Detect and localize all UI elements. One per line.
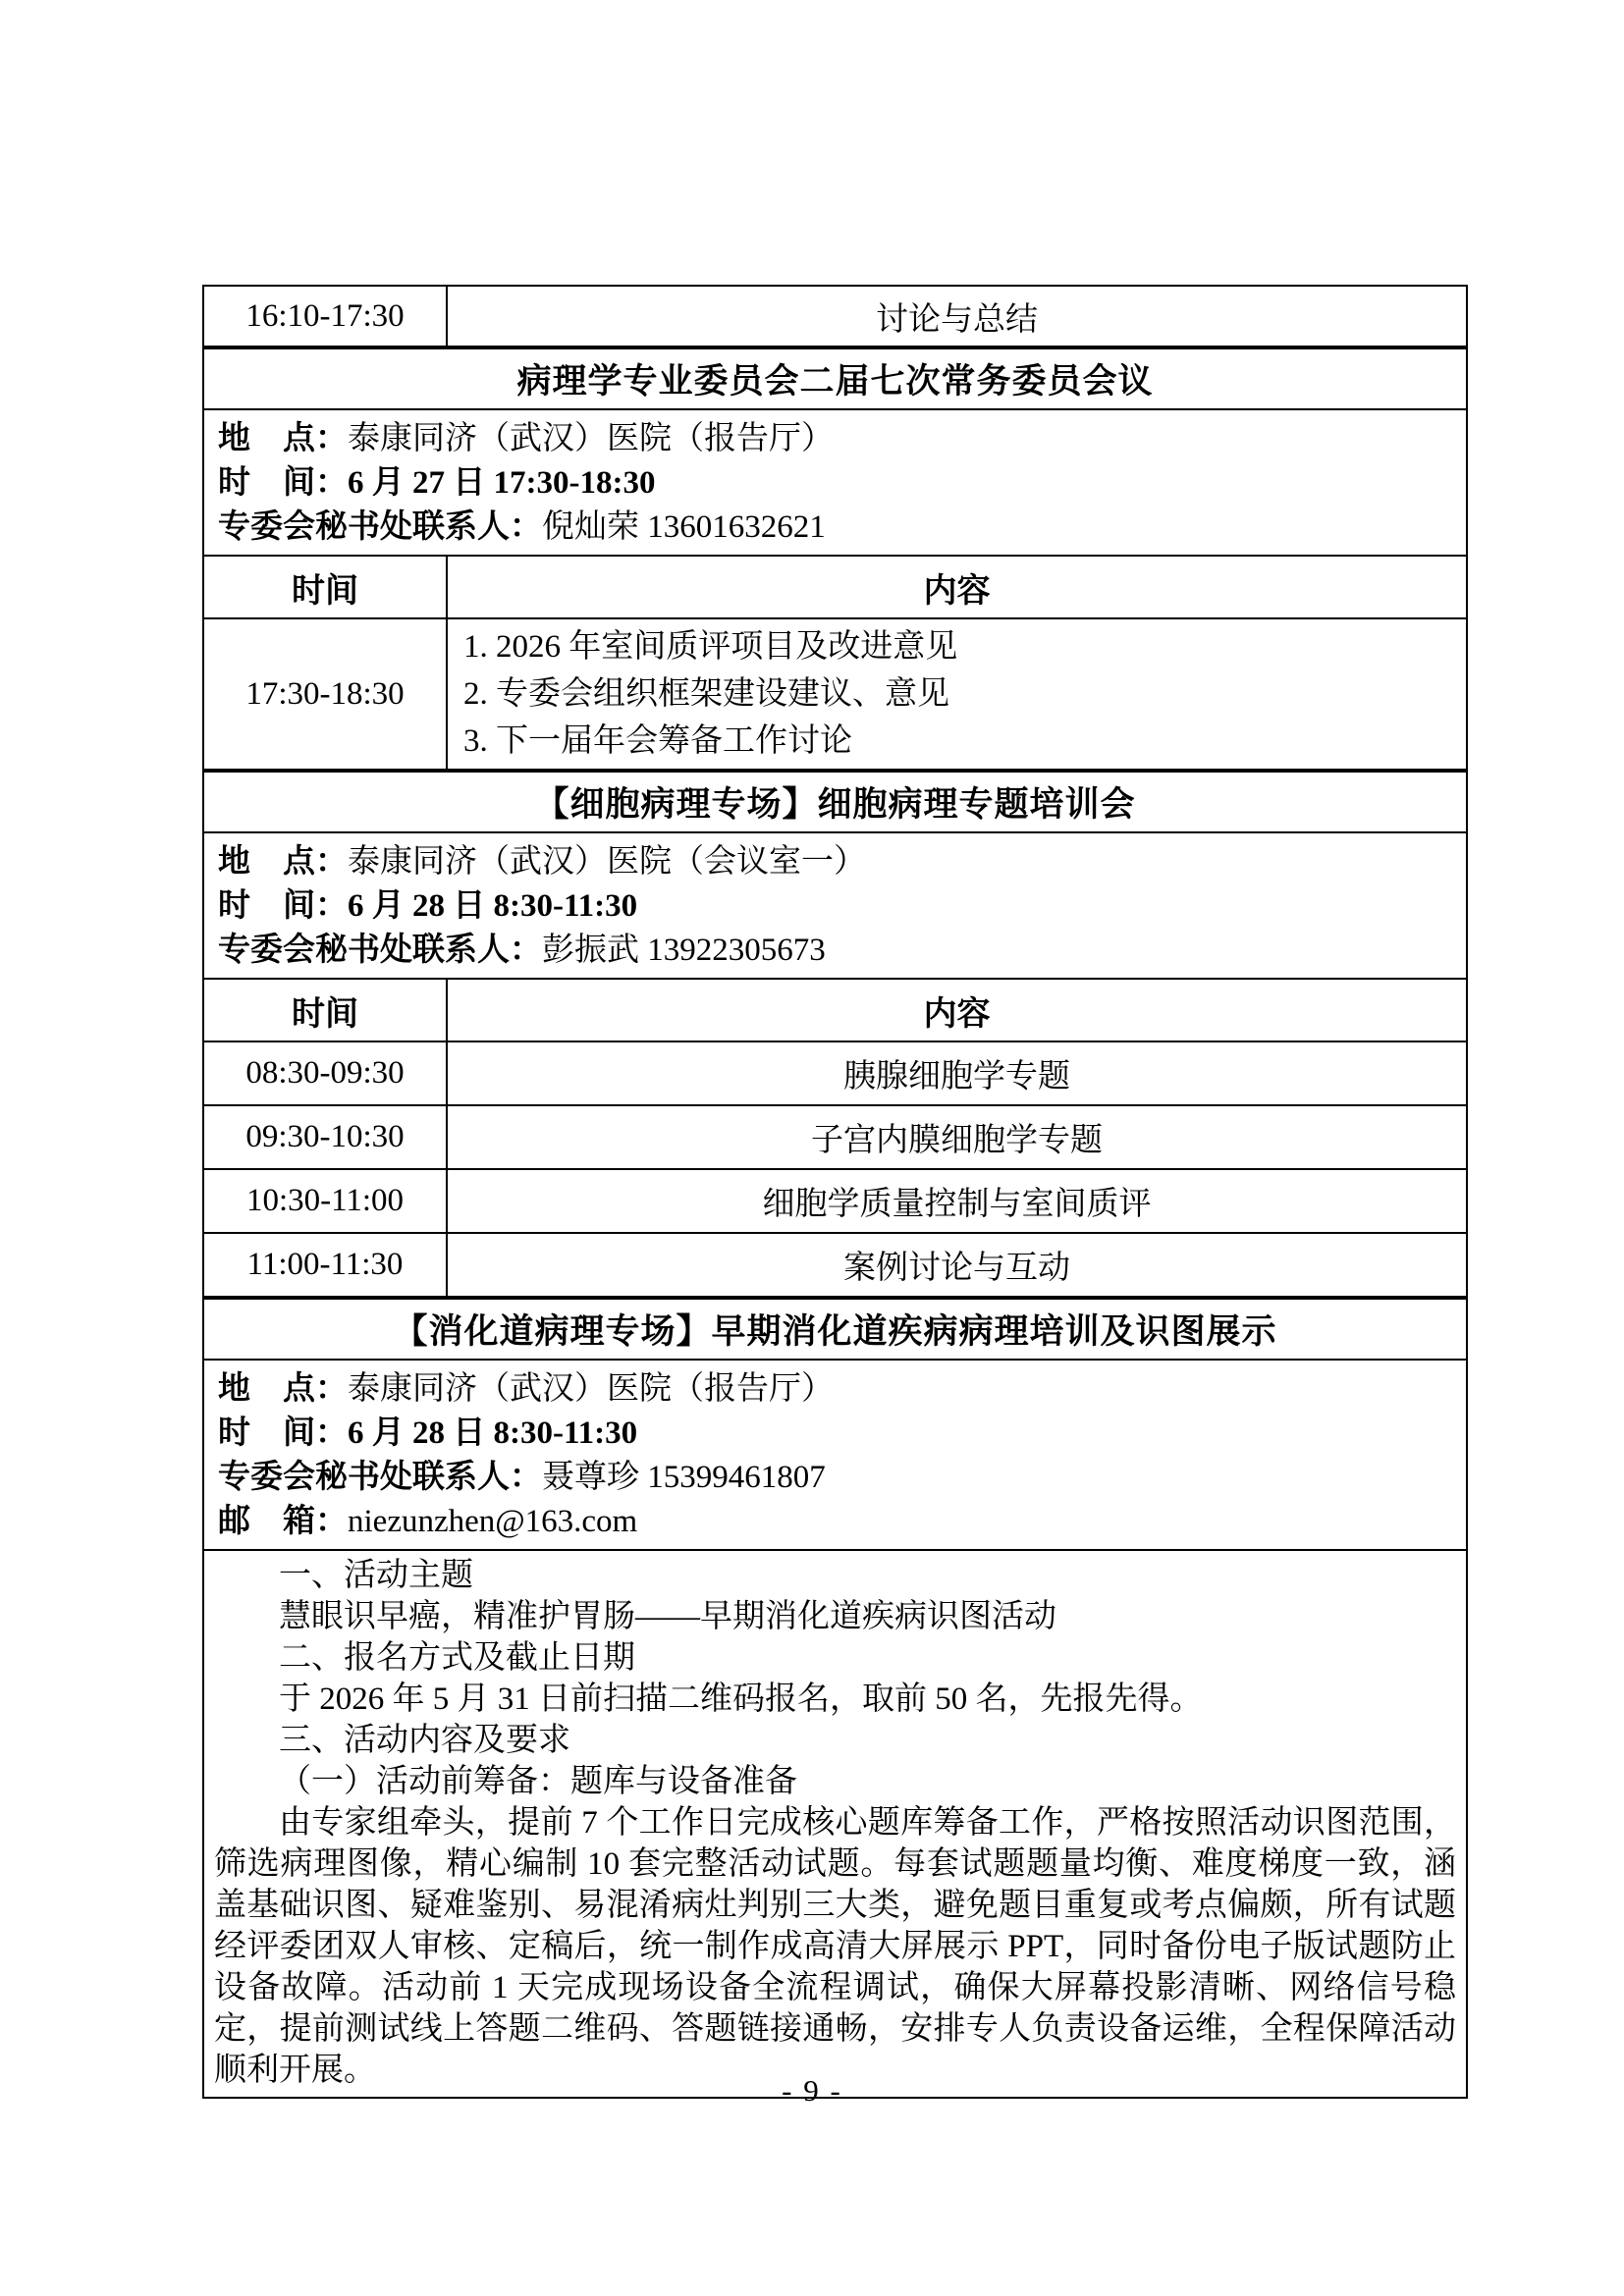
cytology-row-2: 09:30-10:30 子宫内膜细胞学专题 <box>203 1105 1467 1169</box>
time-label: 时 间： <box>218 886 348 923</box>
session-content-cell: 细胞学质量控制与室间质评 <box>447 1169 1467 1233</box>
contact-value: 倪灿荣 13601632621 <box>542 509 826 545</box>
cytology-location-line: 地 点：泰康同济（武汉）医院（会议室一） <box>218 839 1456 883</box>
location-label: 地 点： <box>218 1369 348 1406</box>
agenda-item: 1. 2026 年室间质评项目及改进意见 <box>463 623 1458 670</box>
email-label: 邮 箱： <box>218 1502 348 1538</box>
cytology-time-line: 时 间：6 月 28 日 8:30-11:30 <box>218 883 1456 928</box>
contact-value: 聂尊珍 15399461807 <box>542 1460 826 1495</box>
time-label: 时 间： <box>218 463 348 500</box>
digestive-section-title: 【消化道病理专场】早期消化道疾病病理培训及识图展示 <box>203 1298 1467 1360</box>
carryover-time-cell: 16:10-17:30 <box>203 286 447 347</box>
session-content-cell: 子宫内膜细胞学专题 <box>447 1105 1467 1169</box>
digestive-info-row: 地 点：泰康同济（武汉）医院（报告厅） 时 间：6 月 28 日 8:30-11… <box>203 1360 1467 1550</box>
detail-text: 于 2026 年 5 月 31 日前扫描二维码报名，取前 50 名，先报先得。 <box>214 1679 1456 1720</box>
page-number: - 9 - <box>0 2073 1624 2109</box>
document-page: 16:10-17:30 讨论与总结 病理学专业委员会二届七次常务委员会议 地 点… <box>0 0 1624 2296</box>
time-value: 6 月 28 日 8:30-11:30 <box>348 1415 637 1451</box>
email-value: niezunzhen@163.com <box>348 1504 637 1539</box>
contact-label: 专委会秘书处联系人： <box>218 931 542 967</box>
session-time-cell: 11:00-11:30 <box>203 1233 447 1298</box>
meeting-time-line: 时 间：6 月 27 日 17:30-18:30 <box>218 460 1456 505</box>
contact-value: 彭振武 13922305673 <box>542 933 826 968</box>
carryover-content-cell: 讨论与总结 <box>447 286 1467 347</box>
session-time-cell: 08:30-09:30 <box>203 1041 447 1105</box>
cytology-header-row: 时间 内容 <box>203 979 1467 1041</box>
agenda-time-cell: 17:30-18:30 <box>203 618 447 771</box>
meeting-section-title: 病理学专业委员会二届七次常务委员会议 <box>203 347 1467 409</box>
session-content-cell: 胰腺细胞学专题 <box>447 1041 1467 1105</box>
location-value: 泰康同济（武汉）医院（报告厅） <box>348 421 834 456</box>
cytology-row-4: 11:00-11:30 案例讨论与互动 <box>203 1233 1467 1298</box>
time-value: 6 月 28 日 8:30-11:30 <box>348 888 637 924</box>
schedule-table: 16:10-17:30 讨论与总结 病理学专业委员会二届七次常务委员会议 地 点… <box>202 285 1468 2099</box>
agenda-item: 3. 下一届年会筹备工作讨论 <box>463 718 1458 765</box>
column-header-content: 内容 <box>447 556 1467 618</box>
cytology-contact-line: 专委会秘书处联系人：彭振武 13922305673 <box>218 928 1456 972</box>
meeting-title-row: 病理学专业委员会二届七次常务委员会议 <box>203 347 1467 409</box>
session-time-cell: 09:30-10:30 <box>203 1105 447 1169</box>
cytology-row-1: 08:30-09:30 胰腺细胞学专题 <box>203 1041 1467 1105</box>
meeting-info-row: 地 点：泰康同济（武汉）医院（报告厅） 时 间：6 月 27 日 17:30-1… <box>203 409 1467 556</box>
agenda-items-cell: 1. 2026 年室间质评项目及改进意见 2. 专委会组织框架建设建议、意见 3… <box>447 618 1467 771</box>
location-label: 地 点： <box>218 842 348 879</box>
agenda-item: 2. 专委会组织框架建设建议、意见 <box>463 670 1458 718</box>
meeting-info-cell: 地 点：泰康同济（武汉）医院（报告厅） 时 间：6 月 27 日 17:30-1… <box>203 409 1467 556</box>
session-content-cell: 案例讨论与互动 <box>447 1233 1467 1298</box>
detail-text: 慧眼识早癌，精准护胃肠——早期消化道疾病识图活动 <box>214 1596 1456 1637</box>
meeting-header-row: 时间 内容 <box>203 556 1467 618</box>
time-value: 6 月 27 日 17:30-18:30 <box>348 465 655 501</box>
digestive-time-line: 时 间：6 月 28 日 8:30-11:30 <box>218 1411 1456 1455</box>
digestive-location-line: 地 点：泰康同济（武汉）医院（报告厅） <box>218 1366 1456 1411</box>
cytology-info-row: 地 点：泰康同济（武汉）医院（会议室一） 时 间：6 月 28 日 8:30-1… <box>203 832 1467 979</box>
digestive-details-cell: 一、活动主题 慧眼识早癌，精准护胃肠——早期消化道疾病识图活动 二、报名方式及截… <box>203 1550 1467 2098</box>
detail-heading: 一、活动主题 <box>214 1555 1456 1596</box>
time-label: 时 间： <box>218 1414 348 1450</box>
digestive-email-line: 邮 箱：niezunzhen@163.com <box>218 1499 1456 1543</box>
column-header-time: 时间 <box>203 979 447 1041</box>
carryover-row: 16:10-17:30 讨论与总结 <box>203 286 1467 347</box>
digestive-contact-line: 专委会秘书处联系人：聂尊珍 15399461807 <box>218 1455 1456 1499</box>
cytology-info-cell: 地 点：泰康同济（武汉）医院（会议室一） 时 间：6 月 28 日 8:30-1… <box>203 832 1467 979</box>
location-label: 地 点： <box>218 419 348 455</box>
column-header-content: 内容 <box>447 979 1467 1041</box>
session-time-cell: 10:30-11:00 <box>203 1169 447 1233</box>
cytology-section-title: 【细胞病理专场】细胞病理专题培训会 <box>203 771 1467 832</box>
detail-paragraph: 由专家组牵头，提前 7 个工作日完成核心题库筹备工作，严格按照活动识图范围，筛选… <box>214 1802 1456 2091</box>
detail-heading: 三、活动内容及要求 <box>214 1720 1456 1761</box>
detail-subheading: （一）活动前筹备：题库与设备准备 <box>214 1761 1456 1802</box>
location-value: 泰康同济（武汉）医院（会议室一） <box>348 844 866 880</box>
column-header-time: 时间 <box>203 556 447 618</box>
cytology-row-3: 10:30-11:00 细胞学质量控制与室间质评 <box>203 1169 1467 1233</box>
cytology-title-row: 【细胞病理专场】细胞病理专题培训会 <box>203 771 1467 832</box>
location-value: 泰康同济（武汉）医院（报告厅） <box>348 1371 834 1407</box>
contact-label: 专委会秘书处联系人： <box>218 507 542 544</box>
meeting-contact-line: 专委会秘书处联系人：倪灿荣 13601632621 <box>218 505 1456 549</box>
meeting-agenda-row: 17:30-18:30 1. 2026 年室间质评项目及改进意见 2. 专委会组… <box>203 618 1467 771</box>
contact-label: 专委会秘书处联系人： <box>218 1458 542 1494</box>
digestive-details-row: 一、活动主题 慧眼识早癌，精准护胃肠——早期消化道疾病识图活动 二、报名方式及截… <box>203 1550 1467 2098</box>
digestive-title-row: 【消化道病理专场】早期消化道疾病病理培训及识图展示 <box>203 1298 1467 1360</box>
meeting-location-line: 地 点：泰康同济（武汉）医院（报告厅） <box>218 416 1456 460</box>
detail-heading: 二、报名方式及截止日期 <box>214 1637 1456 1679</box>
digestive-info-cell: 地 点：泰康同济（武汉）医院（报告厅） 时 间：6 月 28 日 8:30-11… <box>203 1360 1467 1550</box>
